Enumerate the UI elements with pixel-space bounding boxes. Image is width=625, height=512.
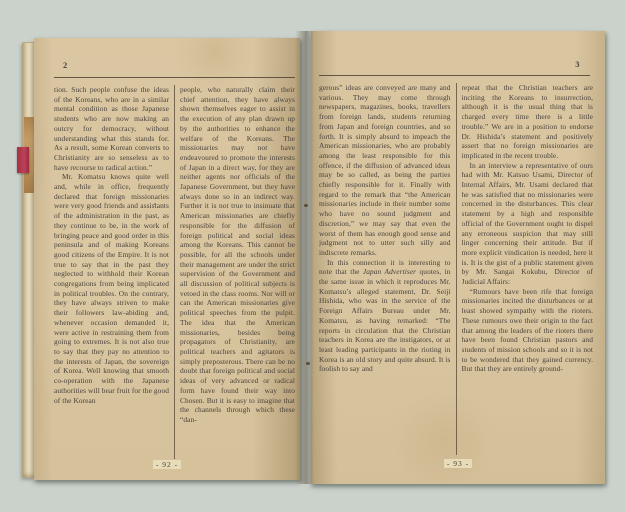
header-rule-left <box>54 77 295 78</box>
page-footer-left: - 92 - <box>34 460 300 469</box>
body-text: gerous” ideas are conveyed are many and … <box>319 83 451 257</box>
ink-speck <box>304 204 308 207</box>
paragraph: people, who naturally claim their chief … <box>180 85 295 425</box>
header-rule-right <box>319 75 590 76</box>
scan-background: 2 tion. Such people confuse the ideas of… <box>0 0 625 512</box>
text-column: gerous” ideas are conveyed are many and … <box>319 83 451 455</box>
ink-speck <box>154 203 156 205</box>
body-text: “Rumours have been rife that foreign mis… <box>462 287 594 374</box>
paragraph: “Rumours have been rife that foreign mis… <box>462 287 594 374</box>
body-text: people, who naturally claim their chief … <box>180 85 295 424</box>
body-text: Mr. Komatsu knows quite well and, while … <box>54 172 169 404</box>
body-text: quotes, in the same issue in which it re… <box>319 267 451 373</box>
paragraph: In this connection it is interesting to … <box>319 258 451 374</box>
paragraph: In an interview a representative of ours… <box>462 161 594 287</box>
paragraph: Mr. Komatsu knows quite well and, while … <box>54 172 169 405</box>
text-columns-left: tion. Such people confuse the ideas of t… <box>54 85 295 459</box>
body-text: repeat that the Christian teachers are i… <box>462 83 594 160</box>
ink-speck <box>306 362 310 365</box>
page-number-left: 2 <box>63 60 68 70</box>
page-left: 2 tion. Such people confuse the ideas of… <box>34 38 300 480</box>
page-right: 3 gerous” ideas are conveyed are many an… <box>311 31 605 484</box>
text-columns-right: gerous” ideas are conveyed are many and … <box>319 83 593 455</box>
page-footer-right: - 93 - <box>311 459 605 468</box>
page-footer-number: - 92 - <box>153 460 181 469</box>
page-footer-number: - 93 - <box>444 459 472 468</box>
text-column: tion. Such people confuse the ideas of t… <box>54 85 169 459</box>
column-divider <box>456 83 457 455</box>
text-column: people, who naturally claim their chief … <box>180 85 295 459</box>
body-text: In an interview a representative of ours… <box>462 161 594 286</box>
column-divider <box>174 85 175 459</box>
body-text: tion. Such people confuse the ideas of t… <box>54 85 169 172</box>
page-number-right: 3 <box>575 59 580 69</box>
text-column: repeat that the Christian teachers are i… <box>462 83 594 455</box>
italic-text: Japan Advertiser <box>363 267 416 276</box>
paragraph: gerous” ideas are conveyed are many and … <box>319 83 451 258</box>
red-bookmark-tab <box>17 147 29 173</box>
paragraph: repeat that the Christian teachers are i… <box>462 83 594 161</box>
paragraph: tion. Such people confuse the ideas of t… <box>54 85 169 172</box>
